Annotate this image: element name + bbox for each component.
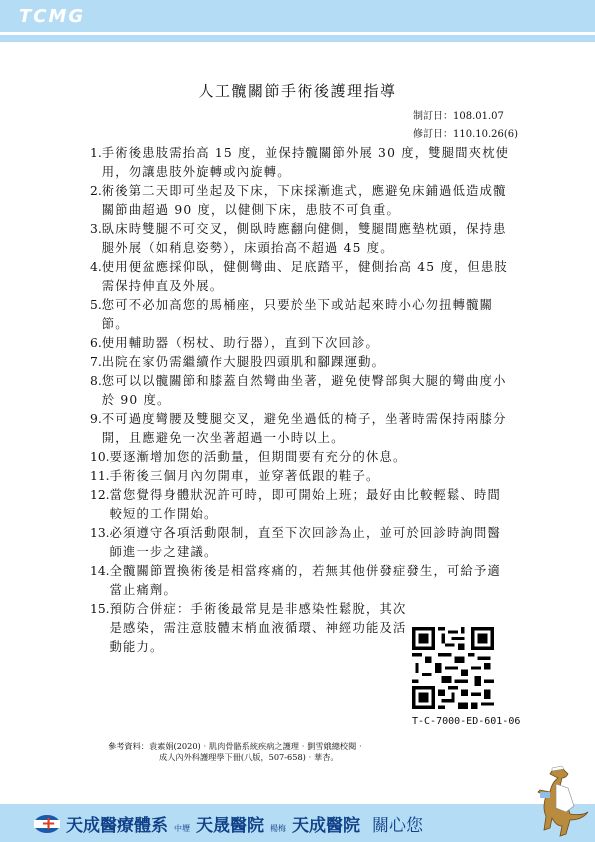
item-text: 不可過度彎腰及雙腿交叉，避免坐過低的椅子，坐著時需保持兩膝分開，且應避免一次坐著…: [102, 410, 510, 448]
list-item: 9.不可過度彎腰及雙腿交叉，避免坐過低的椅子，坐著時需保持兩膝分開，且應避免一次…: [90, 410, 510, 448]
item-text: 必須遵守各項活動限制，直至下次回診為止，並可於回診時詢問醫師進一步之建議。: [110, 524, 510, 562]
created-date: 制訂日：108.01.07: [413, 108, 518, 126]
item-number: 6.: [90, 334, 102, 353]
list-item: 2.術後第二天即可坐起及下床，下床採漸進式，應避免床鋪過低造成髖關節曲超過 90…: [90, 182, 510, 220]
item-number: 1.: [90, 144, 102, 182]
page-title: 人工髖關節手術後護理指導: [0, 80, 595, 101]
list-item: 8.您可以以髖關節和膝蓋自然彎曲坐著，避免使臀部與大腿的彎曲度小於 90 度。: [90, 372, 510, 410]
header-stripe: [0, 35, 595, 42]
item-number: 7.: [90, 353, 102, 372]
tcmg-logo: TCMG: [19, 6, 85, 27]
qr-code[interactable]: [412, 627, 494, 709]
list-item: 13.必須遵守各項活動限制，直至下次回診為止，並可於回診時詢問醫師進一步之建議。: [90, 524, 510, 562]
revised-date: 修訂日：110.10.26(6): [413, 126, 518, 144]
reference-line-2: 成人內外科護理學下冊(八版，507-658)‧華杏。: [108, 752, 365, 763]
org-name: 天成醫療體系: [66, 811, 168, 836]
item-number: 3.: [90, 220, 102, 258]
item-number: 12.: [90, 486, 110, 524]
slogan: 關心您: [372, 811, 423, 836]
item-text: 術後第二天即可坐起及下床，下床採漸進式，應避免床鋪過低造成髖關節曲超過 90 度…: [102, 182, 510, 220]
item-text: 手術後三個月內勿開車，並穿著低跟的鞋子。: [110, 467, 510, 486]
item-number: 9.: [90, 410, 102, 448]
item-text: 當您覺得身體狀況許可時，即可開始上班；最好由比較輕鬆、時間較短的工作開始。: [110, 486, 510, 524]
item-number: 11.: [90, 467, 110, 486]
item-text: 要逐漸增加您的活動量，但期間要有充分的休息。: [110, 448, 510, 467]
list-item: 4.使用便盆應採仰臥，健側彎曲、足底踏平，健側抬高 45 度，但患肢需保持伸直及…: [90, 258, 510, 296]
location-1: 中壢: [174, 823, 190, 834]
item-text: 使用輔助器（柺杖、助行器），直到下次回診。: [102, 334, 510, 353]
item-number: 5.: [90, 296, 102, 334]
item-text: 手術後患肢需抬高 15 度，並保持髖關節外展 30 度，雙腿間夾枕使用，勿讓患肢…: [102, 144, 510, 182]
hospital-logo-icon: [34, 815, 60, 833]
item-number: 14.: [90, 562, 110, 600]
document-code: T-C-7000-ED-601-06: [412, 716, 520, 727]
item-number: 2.: [90, 182, 102, 220]
list-item: 3.臥床時雙腿不可交叉，側臥時應翻向健側，雙腿間應墊枕頭，保持患腿外展（如稍息姿…: [90, 220, 510, 258]
hospital-1: 天晟醫院: [196, 811, 264, 836]
item-text: 全髖關節置換術後是相當疼痛的，若無其他併發症發生，可給予適當止痛劑。: [110, 562, 510, 600]
list-item: 12.當您覺得身體狀況許可時，即可開始上班；最好由比較輕鬆、時間較短的工作開始。: [90, 486, 510, 524]
header-band: [0, 0, 595, 32]
references: 參考資料：袁素娟(2020)‧肌肉骨骼系統疾病之護理‧劉雪娥總校閱‧ 成人內外科…: [108, 741, 365, 763]
instruction-list: 1.手術後患肢需抬高 15 度，並保持髖關節外展 30 度，雙腿間夾枕使用，勿讓…: [90, 144, 510, 657]
list-item: 5.您可不必加高您的馬桶座，只要於坐下或站起來時小心勿扭轉髖關節。: [90, 296, 510, 334]
list-item: 10.要逐漸增加您的活動量，但期間要有充分的休息。: [90, 448, 510, 467]
item-number: 8.: [90, 372, 102, 410]
list-item: 14.全髖關節置換術後是相當疼痛的，若無其他併發症發生，可給予適當止痛劑。: [90, 562, 510, 600]
item-number: 4.: [90, 258, 102, 296]
item-number: 10.: [90, 448, 110, 467]
list-item: 6.使用輔助器（柺杖、助行器），直到下次回診。: [90, 334, 510, 353]
reference-line-1: 袁素娟(2020)‧肌肉骨骼系統疾病之護理‧劉雪娥總校閱‧: [149, 741, 365, 751]
item-text: 臥床時雙腿不可交叉，側臥時應翻向健側，雙腿間應墊枕頭，保持患腿外展（如稍息姿勢）…: [102, 220, 510, 258]
item-number: 15.: [90, 600, 110, 657]
item-number: 13.: [90, 524, 110, 562]
kangaroo-mascot-icon: [520, 760, 590, 840]
item-text: 預防合併症：手術後最常見是非感染性鬆脫，其次是感染，需注意肢體末梢血液循環、神經…: [110, 600, 415, 657]
item-text: 您可不必加高您的馬桶座，只要於坐下或站起來時小心勿扭轉髖關節。: [102, 296, 510, 334]
list-item: 1.手術後患肢需抬高 15 度，並保持髖關節外展 30 度，雙腿間夾枕使用，勿讓…: [90, 144, 510, 182]
document-dates: 制訂日：108.01.07 修訂日：110.10.26(6): [413, 108, 518, 144]
item-text: 出院在家仍需繼續作大腿股四頭肌和腳踝運動。: [102, 353, 510, 372]
hospital-2: 天成醫院: [292, 811, 360, 836]
list-item: 11.手術後三個月內勿開車，並穿著低跟的鞋子。: [90, 467, 510, 486]
item-text: 您可以以髖關節和膝蓋自然彎曲坐著，避免使臀部與大腿的彎曲度小於 90 度。: [102, 372, 510, 410]
location-2: 楊梅: [270, 823, 286, 834]
references-label: 參考資料：: [108, 741, 149, 751]
list-item: 7.出院在家仍需繼續作大腿股四頭肌和腳踝運動。: [90, 353, 510, 372]
item-text: 使用便盆應採仰臥，健側彎曲、足底踏平，健側抬高 45 度，但患肢需保持伸直及外展…: [102, 258, 510, 296]
footer-brand: 天成醫療體系 中壢 天晟醫院 楊梅 天成醫院 關心您: [34, 811, 423, 836]
